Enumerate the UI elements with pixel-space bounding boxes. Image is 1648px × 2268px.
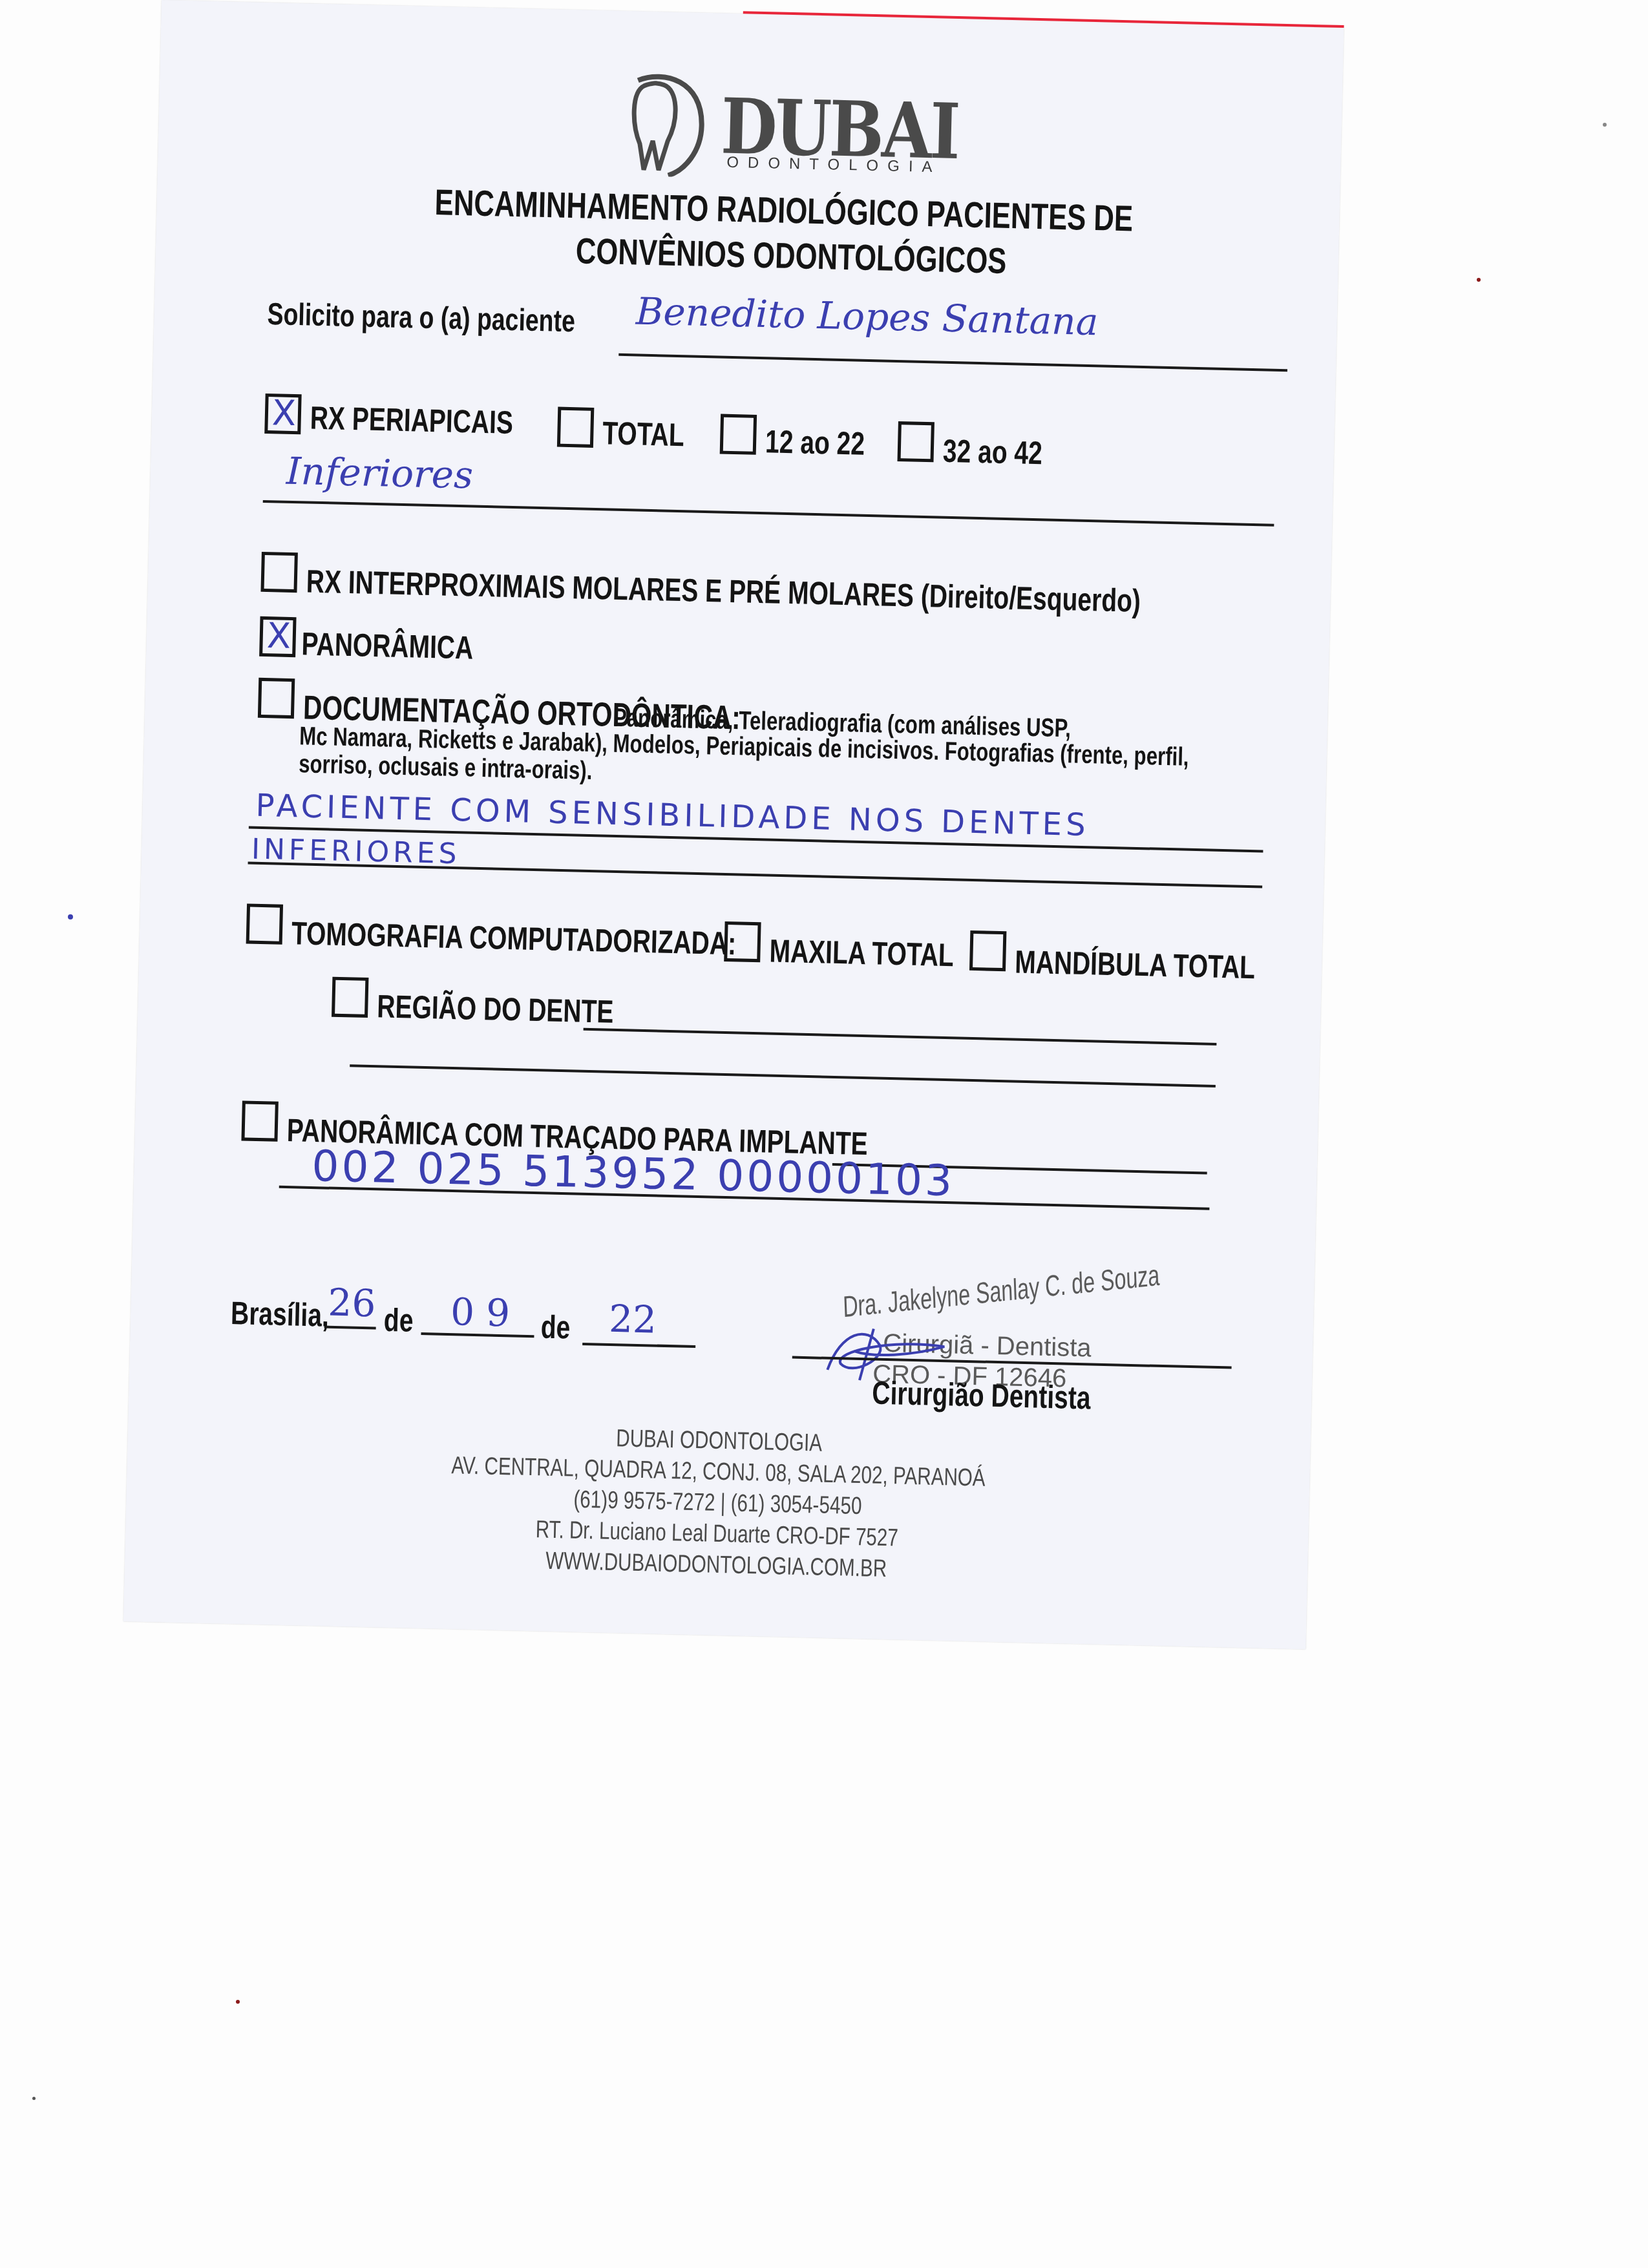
12-ao-22-label: 12 ao 22	[765, 423, 865, 463]
clinic-footer: DUBAI ODONTOLOGIA AV. CENTRAL, QUADRA 12…	[255, 1414, 1181, 1591]
regiao-dente-field-line1[interactable]	[584, 1028, 1217, 1045]
total-checkbox[interactable]	[557, 407, 594, 448]
rx-interproximais-checkbox[interactable]	[260, 552, 297, 593]
mandibula-total-label: MANDÍBULA TOTAL	[1015, 943, 1256, 987]
checkbox-x-mark: X	[266, 616, 291, 656]
form-title-line2: CONVÊNIOS ODONTOLÓGICOS	[575, 229, 1007, 282]
date-year-line	[582, 1343, 695, 1348]
12-ao-22-checkbox[interactable]	[720, 414, 757, 455]
date-sep1: de	[383, 1301, 414, 1339]
regiao-dente-checkbox[interactable]	[332, 977, 368, 1018]
documentacao-checkbox[interactable]	[258, 678, 295, 719]
mandibula-total-checkbox[interactable]	[969, 930, 1006, 971]
checkbox-x-mark: X	[271, 393, 296, 434]
scan-speck	[32, 2097, 36, 2100]
date-city-label: Brasília,	[230, 1294, 329, 1334]
clinic-logo: DUBAI ODONTOLOGIA	[623, 72, 949, 184]
rx-periapicais-label: RX PERIAPICAIS	[310, 399, 514, 441]
date-day-value[interactable]: 26	[328, 1281, 376, 1326]
panoramica-checkbox[interactable]: X	[259, 616, 296, 657]
patient-underline	[618, 353, 1287, 372]
form-title-line1: ENCAMINHAMENTO RADIOLÓGICO PACIENTES DE	[434, 181, 1134, 239]
date-year-value[interactable]: 22	[608, 1297, 657, 1342]
scan-speck	[68, 914, 73, 919]
implante-checkbox[interactable]	[241, 1100, 278, 1141]
total-label: TOTAL	[602, 414, 685, 454]
maxila-total-checkbox[interactable]	[724, 921, 761, 962]
documentacao-note-line1[interactable]: PACIENTE COM SENSIBILIDADE NOS DENTES	[255, 788, 1090, 843]
date-day-line	[324, 1326, 376, 1330]
scan-speck	[1477, 278, 1481, 282]
documentacao-note-underline2	[248, 862, 1263, 888]
periapicais-note[interactable]: Inferiores	[286, 449, 474, 498]
date-sep2: de	[540, 1308, 571, 1346]
signature-caption: Cirurgião Dentista	[872, 1374, 1091, 1417]
rx-periapicais-checkbox[interactable]: X	[264, 394, 301, 434]
tooth-logo-icon	[623, 72, 723, 178]
scan-speck	[1603, 123, 1607, 127]
rx-interproximais-label: RX INTERPROXIMAIS MOLARES E PRÉ MOLARES …	[306, 563, 1141, 620]
patient-label: Solicito para o (a) paciente	[267, 297, 576, 339]
tomografia-label: TOMOGRAFIA COMPUTADORIZADA:	[291, 914, 736, 962]
maxila-total-label: MAXILA TOTAL	[769, 932, 955, 974]
periapicais-note-line	[263, 500, 1274, 527]
32-ao-42-checkbox[interactable]	[897, 421, 934, 462]
stamp-name: Dra. Jakelyne Sanlay C. de Souza	[842, 1257, 1160, 1324]
scan-speck	[236, 2000, 240, 2004]
date-month-value[interactable]: 09	[450, 1290, 522, 1336]
panoramica-label: PANORÂMICA	[301, 625, 474, 666]
patient-name-value[interactable]: Benedito Lopes Santana	[635, 289, 1099, 344]
documentacao-desc-line3: sorriso, oclusais e intra-orais).	[299, 750, 593, 786]
regiao-dente-label: REGIÃO DO DENTE	[377, 987, 614, 1031]
referral-form-sheet: DUBAI ODONTOLOGIA ENCAMINHAMENTO RADIOLÓ…	[123, 0, 1344, 1649]
regiao-dente-field-line2[interactable]	[350, 1064, 1216, 1087]
tomografia-checkbox[interactable]	[246, 904, 283, 945]
32-ao-42-label: 32 ao 42	[942, 432, 1042, 472]
